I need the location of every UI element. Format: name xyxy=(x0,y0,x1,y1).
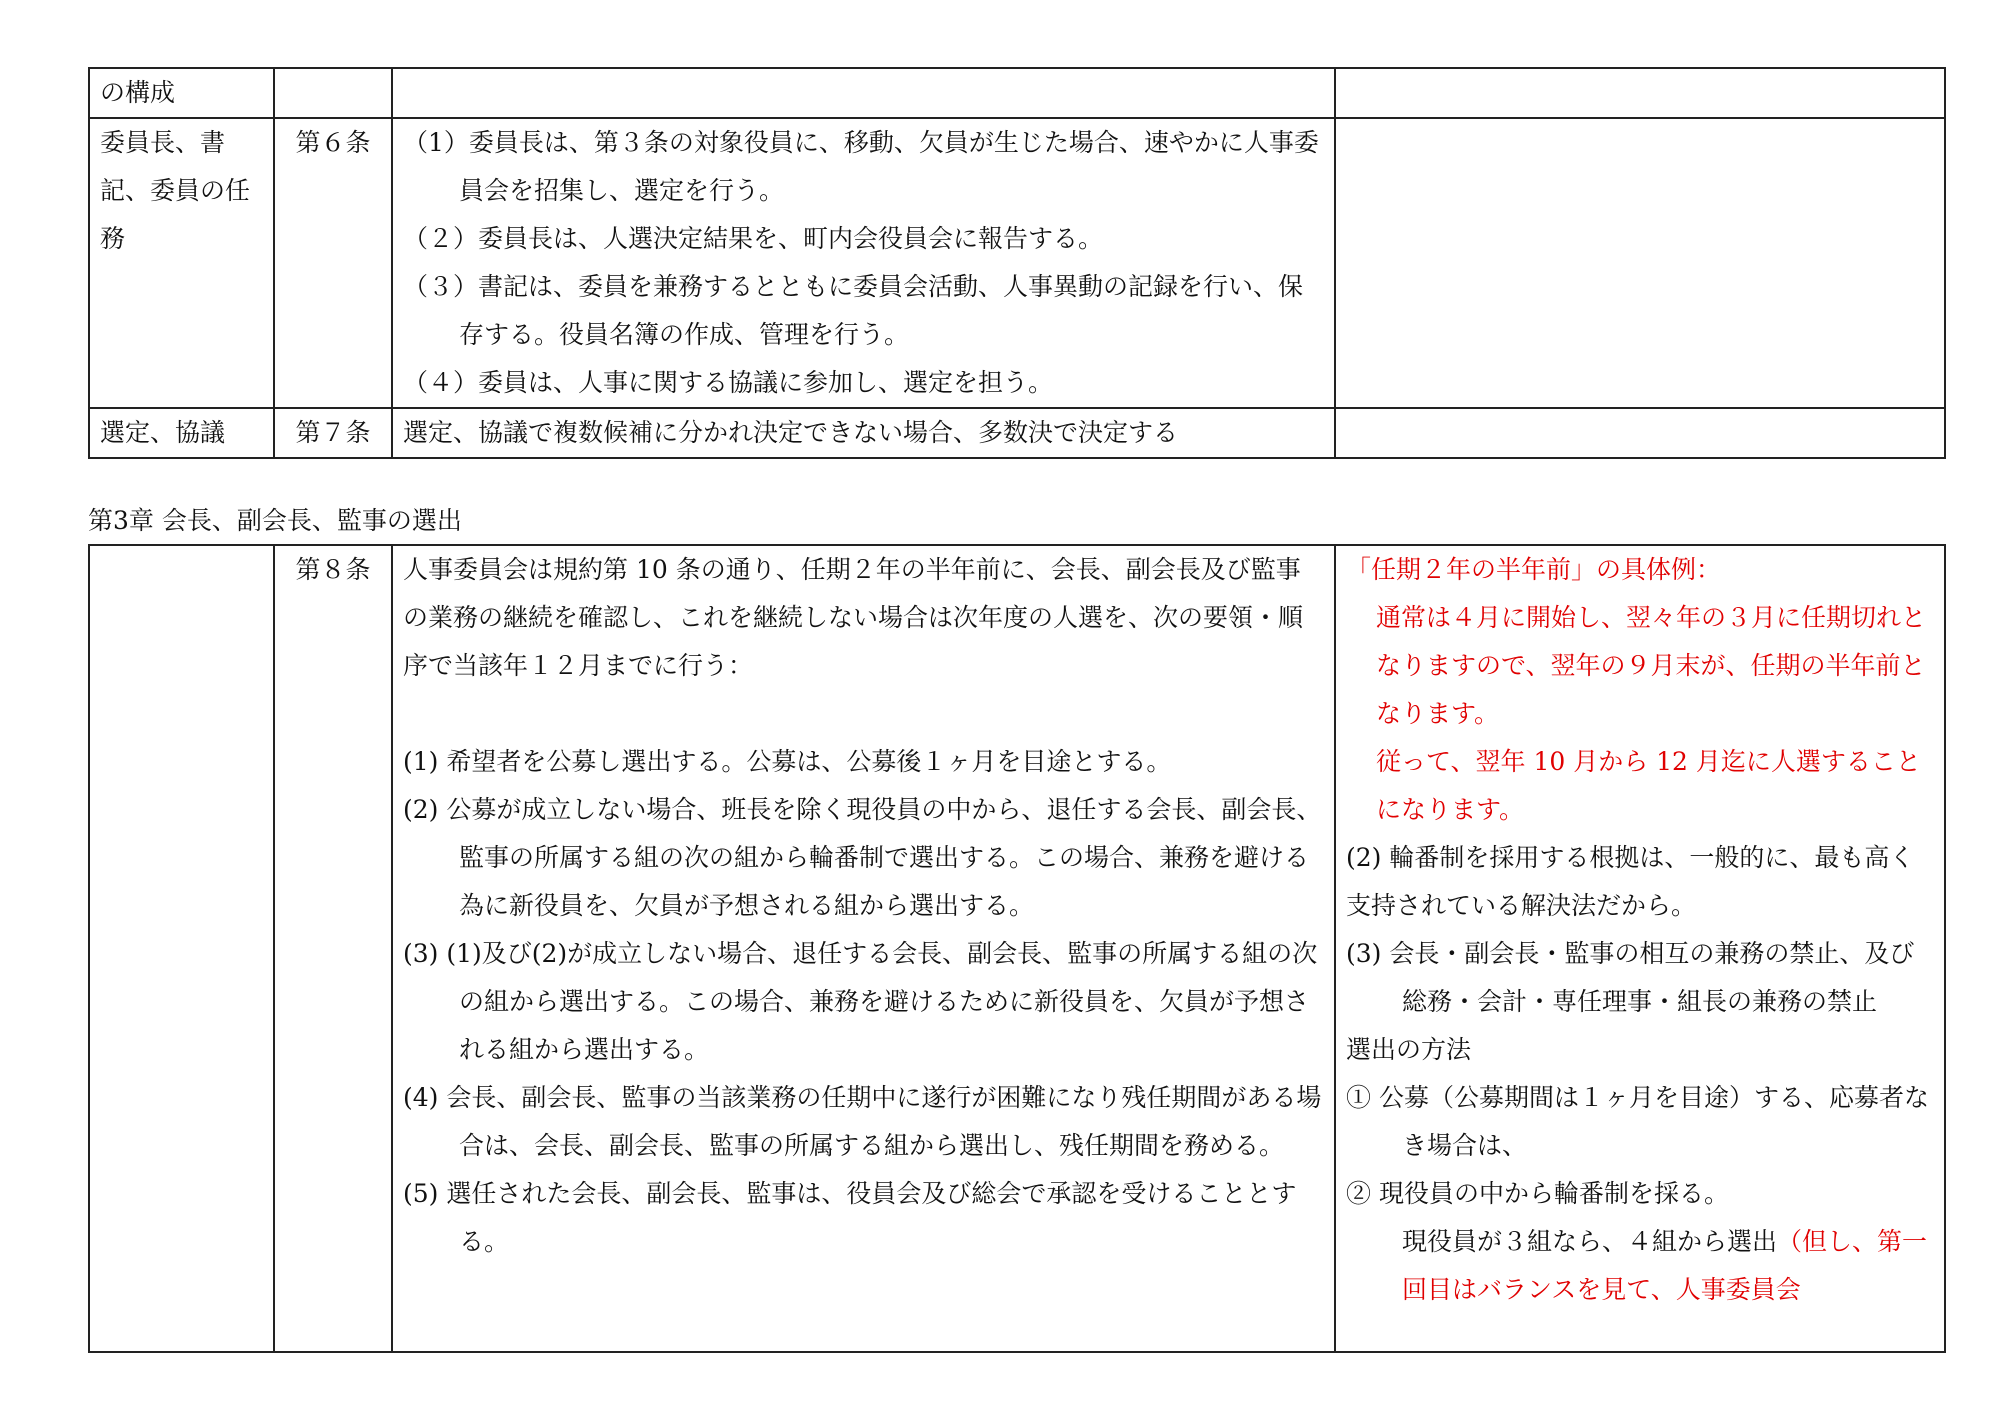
method-item: ① 公募（公募期間は１ヶ月を目途）する、応募者なき場合は、 xyxy=(1346,1074,1934,1170)
note-red-heading: 「任期２年の半年前」の具体例： xyxy=(1346,546,1934,594)
row-article: 第６条 xyxy=(274,118,392,408)
content-item: (2) 公募が成立しない場合、班長を除く現役員の中から、退任する会長、副会長、監… xyxy=(403,786,1324,930)
content-item: (1) 希望者を公募し選出する。公募は、公募後１ヶ月を目途とする。 xyxy=(403,738,1324,786)
row-content: 人事委員会は規約第 10 条の通り、任期２年の半年前に、会長、副会長及び監事の業… xyxy=(392,545,1335,1352)
note-red-body: 通常は４月に開始し、翌々年の３月に任期切れとなりますので、翌年の９月末が、任期の… xyxy=(1346,594,1934,738)
row-title: 選定、協議 xyxy=(89,408,274,458)
regulation-table-chapter3: 第８条 人事委員会は規約第 10 条の通り、任期２年の半年前に、会長、副会長及び… xyxy=(88,544,1946,1353)
note-item: (2) 輪番制を採用する根拠は、一般的に、最も高く支持されている解決法だから。 xyxy=(1346,834,1934,930)
table-row: 選定、協議 第７条 選定、協議で複数候補に分かれ決定できない場合、多数決で決定す… xyxy=(89,408,1945,458)
regulation-table-chapter2: の構成 委員長、書記、委員の任務 第６条 （1）委員長は、第３条の対象役員に、移… xyxy=(88,67,1946,459)
row-content: 選定、協議で複数候補に分かれ決定できない場合、多数決で決定する xyxy=(392,408,1335,458)
row-title: 委員長、書記、委員の任務 xyxy=(89,118,274,408)
method-heading: 選出の方法 xyxy=(1346,1026,1934,1074)
row-content: （1）委員長は、第３条の対象役員に、移動、欠員が生じた場合、速やかに人事委員会を… xyxy=(392,118,1335,408)
table-row: 委員長、書記、委員の任務 第６条 （1）委員長は、第３条の対象役員に、移動、欠員… xyxy=(89,118,1945,408)
row-note xyxy=(1335,118,1945,408)
table-row: の構成 xyxy=(89,68,1945,118)
chapter-heading: 第3章 会長、副会長、監事の選出 xyxy=(88,497,462,545)
article-intro: 人事委員会は規約第 10 条の通り、任期２年の半年前に、会長、副会長及び監事の業… xyxy=(403,546,1324,690)
note-item: (3) 会長・副会長・監事の相互の兼務の禁止、及び総務・会計・専任理事・組長の兼… xyxy=(1346,930,1934,1026)
row-article xyxy=(274,68,392,118)
method-detail-text: 現役員が３組なら、４組から選出 xyxy=(1402,1227,1777,1256)
row-title xyxy=(89,545,274,1352)
row-note: 「任期２年の半年前」の具体例： 通常は４月に開始し、翌々年の３月に任期切れとなり… xyxy=(1335,545,1945,1352)
row-note xyxy=(1335,408,1945,458)
content-item: (5) 選任された会長、副会長、監事は、役員会及び総会で承認を受けることとする。 xyxy=(403,1170,1324,1266)
row-article: 第７条 xyxy=(274,408,392,458)
method-item: ② 現役員の中から輪番制を採る。 xyxy=(1346,1170,1934,1218)
note-red-body: 従って、翌年 10 月から 12 月迄に人選することになります。 xyxy=(1346,738,1934,834)
row-article: 第８条 xyxy=(274,545,392,1352)
spacer xyxy=(403,690,1324,738)
content-item: （1）委員長は、第３条の対象役員に、移動、欠員が生じた場合、速やかに人事委員会を… xyxy=(403,119,1324,215)
row-content xyxy=(392,68,1335,118)
content-item: （３）書記は、委員を兼務するとともに委員会活動、人事異動の記録を行い、保存する。… xyxy=(403,263,1324,359)
row-note xyxy=(1335,68,1945,118)
table-row: 第８条 人事委員会は規約第 10 条の通り、任期２年の半年前に、会長、副会長及び… xyxy=(89,545,1945,1352)
method-detail: 現役員が３組なら、４組から選出（但し、第一回目はバランスを見て、人事委員会 xyxy=(1346,1218,1934,1314)
content-item: (4) 会長、副会長、監事の当該業務の任期中に遂行が困難になり残任期間がある場合… xyxy=(403,1074,1324,1170)
content-item: (3) (1)及び(2)が成立しない場合、退任する会長、副会長、監事の所属する組… xyxy=(403,930,1324,1074)
content-item: （２）委員長は、人選決定結果を、町内会役員会に報告する。 xyxy=(403,215,1324,263)
row-title: の構成 xyxy=(89,68,274,118)
content-item: （４）委員は、人事に関する協議に参加し、選定を担う。 xyxy=(403,359,1324,407)
